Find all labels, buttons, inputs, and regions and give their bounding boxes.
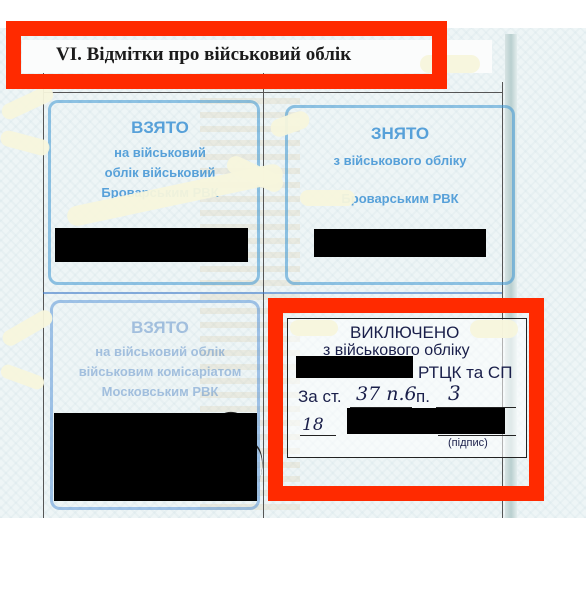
redaction-box	[54, 413, 257, 501]
grid-line-mid	[43, 292, 502, 294]
redaction-box	[55, 228, 248, 262]
grid-line-middle	[263, 72, 264, 518]
stamp-line: військовим комісаріатом	[60, 365, 260, 380]
stamp-heading: ЗНЯТО	[300, 124, 500, 144]
stamp-heading: ВЗЯТО	[60, 118, 260, 138]
stamp-line: з військового обліку	[300, 154, 500, 169]
stamp-heading: ВЗЯТО	[60, 318, 260, 338]
highlight-excluded-stamp	[268, 298, 544, 501]
stamp-line: на військовий облік	[60, 345, 260, 360]
highlight-title	[6, 21, 447, 89]
grid-line-top	[43, 92, 502, 93]
redaction-box	[314, 229, 486, 257]
smear-mark	[300, 190, 355, 206]
stamp-line: Московським РВК	[60, 385, 260, 400]
